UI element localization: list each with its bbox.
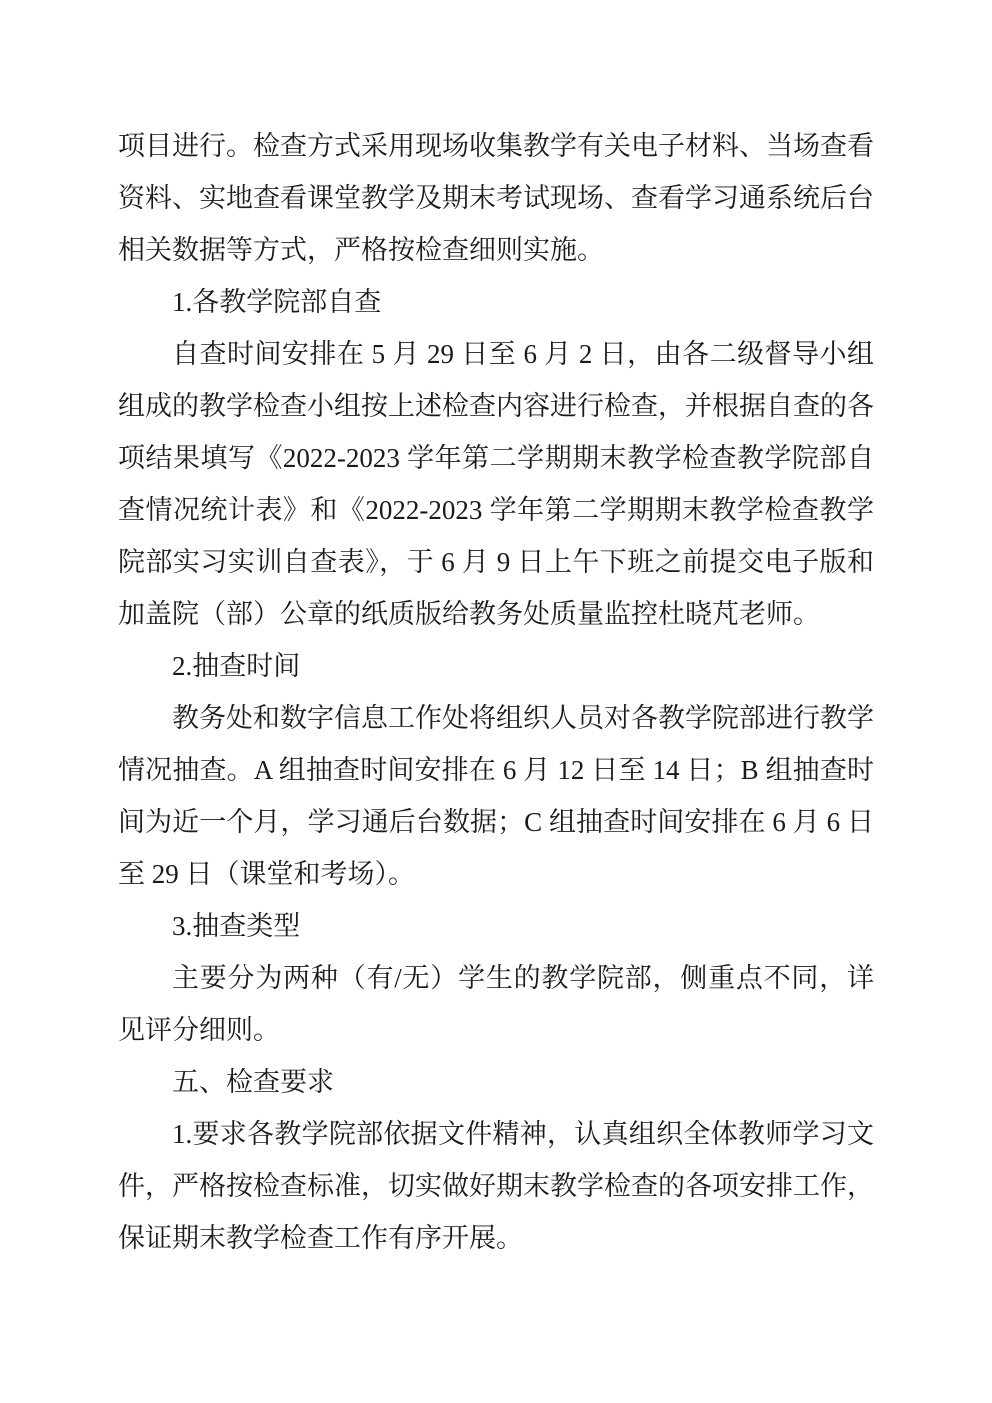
item-2-spot-check-time-title: 2.抽查时间	[118, 640, 874, 692]
para-requirement-1: 1.要求各教学院部依据文件精神，认真组织全体教师学习文件，严格按检查标准，切实做…	[118, 1108, 874, 1264]
item-3-spot-check-type-title: 3.抽查类型	[118, 900, 874, 952]
para-inspection-method-continuation: 项目进行。检查方式采用现场收集教学有关电子材料、当场查看资料、实地查看课堂教学及…	[118, 120, 874, 276]
heading-section-5-inspection-requirements: 五、检查要求	[118, 1056, 874, 1108]
para-spot-check-type-detail: 主要分为两种（有/无）学生的教学院部，侧重点不同，详见评分细则。	[118, 952, 874, 1056]
document-page: 项目进行。检查方式采用现场收集教学有关电子材料、当场查看资料、实地查看课堂教学及…	[0, 0, 992, 1403]
para-spot-check-schedule: 教务处和数字信息工作处将组织人员对各教学院部进行教学情况抽查。A 组抽查时间安排…	[118, 692, 874, 900]
document-body: { "document": { "language": "zh-CN", "te…	[0, 0, 992, 1403]
item-1-self-check-title: 1.各教学院部自查	[118, 276, 874, 328]
para-self-check-schedule: 自查时间安排在 5 月 29 日至 6 月 2 日，由各二级督导小组组成的教学检…	[118, 328, 874, 640]
